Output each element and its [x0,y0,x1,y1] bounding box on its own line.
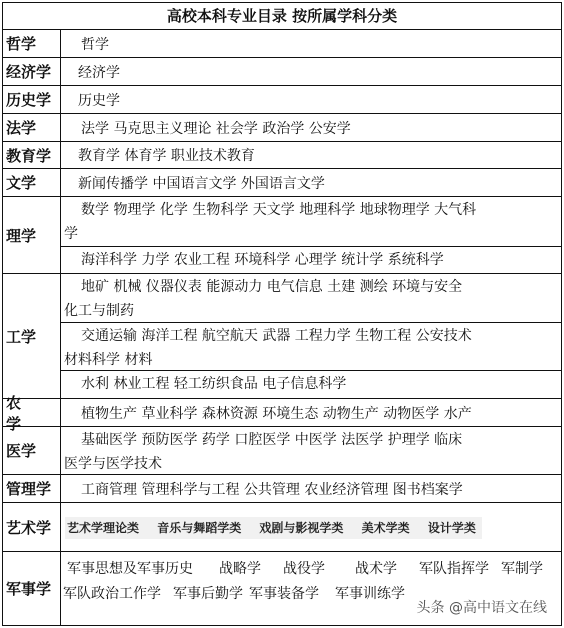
majors-cell: 哲学 [61,30,561,57]
category-label: 文学 [3,169,61,196]
majors-line: 化工与制药 [64,299,555,323]
majors-text: 工商管理 管理科学与工程 公共管理 农业经济管理 图书档案学 [61,475,561,502]
military-major: 军制学 [501,557,543,581]
majors-cell: 数学 物理学 化学 生物科学 天文学 地理科学 地球物理学 大气科 学 海洋科学… [61,197,561,273]
table-row-literature: 文学 新闻传播学 中国语言文学 外国语言文学 [3,169,561,197]
watermark: 头条 @高中语文在线 [417,597,547,617]
table-row-engineering: 工学 地矿 机械 仪器仪表 能源动力 电气信息 土建 测绘 环境与安全 化工与制… [3,274,561,399]
majors-cell: 新闻传播学 中国语言文学 外国语言文学 [61,169,561,196]
majors-cell: 基础医学 预防医学 药学 口腔医学 中医学 法医学 护理学 临床 医学与医学技术 [61,427,561,474]
majors-cell: 经济学 [61,58,561,85]
majors-subrow: 海洋科学 力学 农业工程 环境科学 心理学 统计学 系统科学 [61,247,561,274]
majors-cell: 军事思想及军事历史战略学战役学战术学军队指挥学军制学 军队政治工作学军事后勤学军… [61,552,561,625]
arts-majors-strip: 艺术学理论类 音乐与舞蹈学类 戏剧与影视学类 美术学类 设计学类 [65,517,482,539]
category-label: 法学 [3,114,61,141]
majors-text: 哲学 [61,30,561,57]
category-label: 医学 [3,427,61,474]
majors-line: 基础医学 预防医学 药学 口腔医学 中医学 法医学 护理学 临床 [64,428,555,452]
majors-line: 学 [64,222,555,246]
majors-cell: 艺术学理论类 音乐与舞蹈学类 戏剧与影视学类 美术学类 设计学类 [61,503,561,551]
military-major: 战略学 [219,557,283,581]
category-label: 军事学 [3,552,61,625]
military-major: 军事思想及军事历史 [67,557,219,581]
category-label: 哲学 [3,30,61,57]
table-row-military: 军事学 军事思想及军事历史战略学战役学战术学军队指挥学军制学 军队政治工作学军事… [3,552,561,625]
military-major: 军队政治工作学 [63,582,173,606]
table-row-management: 管理学 工商管理 管理科学与工程 公共管理 农业经济管理 图书档案学 [3,475,561,503]
major-catalog-table: 高校本科专业目录 按所属学科分类 哲学 哲学 经济学 经济学 历史学 历史学 法… [2,2,562,626]
majors-subrow: 交通运输 海洋工程 航空航天 武器 工程力学 生物工程 公安技术 材料科学 材料 [61,323,561,371]
majors-subrow: 地矿 机械 仪器仪表 能源动力 电气信息 土建 测绘 环境与安全 化工与制药 [61,274,561,323]
category-label: 农 学 [3,399,61,426]
majors-text: 教育学 体育学 职业技术教育 [61,142,561,168]
majors-text: 法学 马克思主义理论 社会学 政治学 公安学 [61,114,561,141]
category-label: 工学 [3,274,61,398]
arts-major: 设计学类 [428,521,476,535]
majors-subrow: 基础医学 预防医学 药学 口腔医学 中医学 法医学 护理学 临床 医学与医学技术 [61,427,561,475]
military-major: 军事后勤学 [173,582,249,606]
military-line-1: 军事思想及军事历史战略学战役学战术学军队指挥学军制学 [63,557,557,581]
military-major: 军队指挥学 [419,557,501,581]
majors-text: 新闻传播学 中国语言文学 外国语言文学 [61,169,561,196]
majors-line: 海洋科学 力学 农业工程 环境科学 心理学 统计学 系统科学 [64,248,555,272]
majors-cell: 教育学 体育学 职业技术教育 [61,142,561,168]
majors-cell: 地矿 机械 仪器仪表 能源动力 电气信息 土建 测绘 环境与安全 化工与制药 交… [61,274,561,398]
table-row-education: 教育学 教育学 体育学 职业技术教育 [3,142,561,169]
majors-cell: 工商管理 管理科学与工程 公共管理 农业经济管理 图书档案学 [61,475,561,502]
table-row-science: 理学 数学 物理学 化学 生物科学 天文学 地理科学 地球物理学 大气科 学 海… [3,197,561,274]
table-title: 高校本科专业目录 按所属学科分类 [3,3,561,30]
category-label: 理学 [3,197,61,273]
arts-major: 艺术学理论类 [67,521,139,535]
majors-line: 地矿 机械 仪器仪表 能源动力 电气信息 土建 测绘 环境与安全 [64,275,555,299]
majors-cell: 植物生产 草业科学 森林资源 环境生态 动物生产 动物医学 水产 [61,399,561,426]
military-major: 军事训练学 [335,582,405,606]
category-label: 艺术学 [3,503,61,551]
military-major: 战役学 [283,557,355,581]
table-row-philosophy: 哲学 哲学 [3,30,561,58]
military-major: 战术学 [355,557,419,581]
majors-cell: 法学 马克思主义理论 社会学 政治学 公安学 [61,114,561,141]
category-label: 管理学 [3,475,61,502]
category-label: 经济学 [3,58,61,85]
majors-line: 数学 物理学 化学 生物科学 天文学 地理科学 地球物理学 大气科 [64,198,555,222]
majors-text: 植物生产 草业科学 森林资源 环境生态 动物生产 动物医学 水产 [61,399,561,426]
majors-subrow: 数学 物理学 化学 生物科学 天文学 地理科学 地球物理学 大气科 学 [61,197,561,247]
majors-subrow: 水利 林业工程 轻工纺织食品 电子信息科学 [61,371,561,399]
majors-text: 经济学 [61,58,561,85]
majors-line: 水利 林业工程 轻工纺织食品 电子信息科学 [64,372,555,396]
majors-cell: 历史学 [61,86,561,113]
table-row-economics: 经济学 经济学 [3,58,561,86]
category-label: 教育学 [3,142,61,168]
table-row-agriculture: 农 学 植物生产 草业科学 森林资源 环境生态 动物生产 动物医学 水产 [3,399,561,427]
category-label: 历史学 [3,86,61,113]
military-major: 军事装备学 [249,582,335,606]
arts-major: 戏剧与影视学类 [259,521,343,535]
majors-line: 医学与医学技术 [64,452,555,476]
majors-line: 材料科学 材料 [64,348,555,372]
table-row-history: 历史学 历史学 [3,86,561,114]
table-row-arts: 艺术学 艺术学理论类 音乐与舞蹈学类 戏剧与影视学类 美术学类 设计学类 [3,503,561,552]
majors-text: 历史学 [61,86,561,113]
arts-major: 美术学类 [362,521,410,535]
arts-major: 音乐与舞蹈学类 [157,521,241,535]
table-row-law: 法学 法学 马克思主义理论 社会学 政治学 公安学 [3,114,561,142]
majors-line: 交通运输 海洋工程 航空航天 武器 工程力学 生物工程 公安技术 [64,324,555,348]
table-row-medicine: 医学 基础医学 预防医学 药学 口腔医学 中医学 法医学 护理学 临床 医学与医… [3,427,561,475]
